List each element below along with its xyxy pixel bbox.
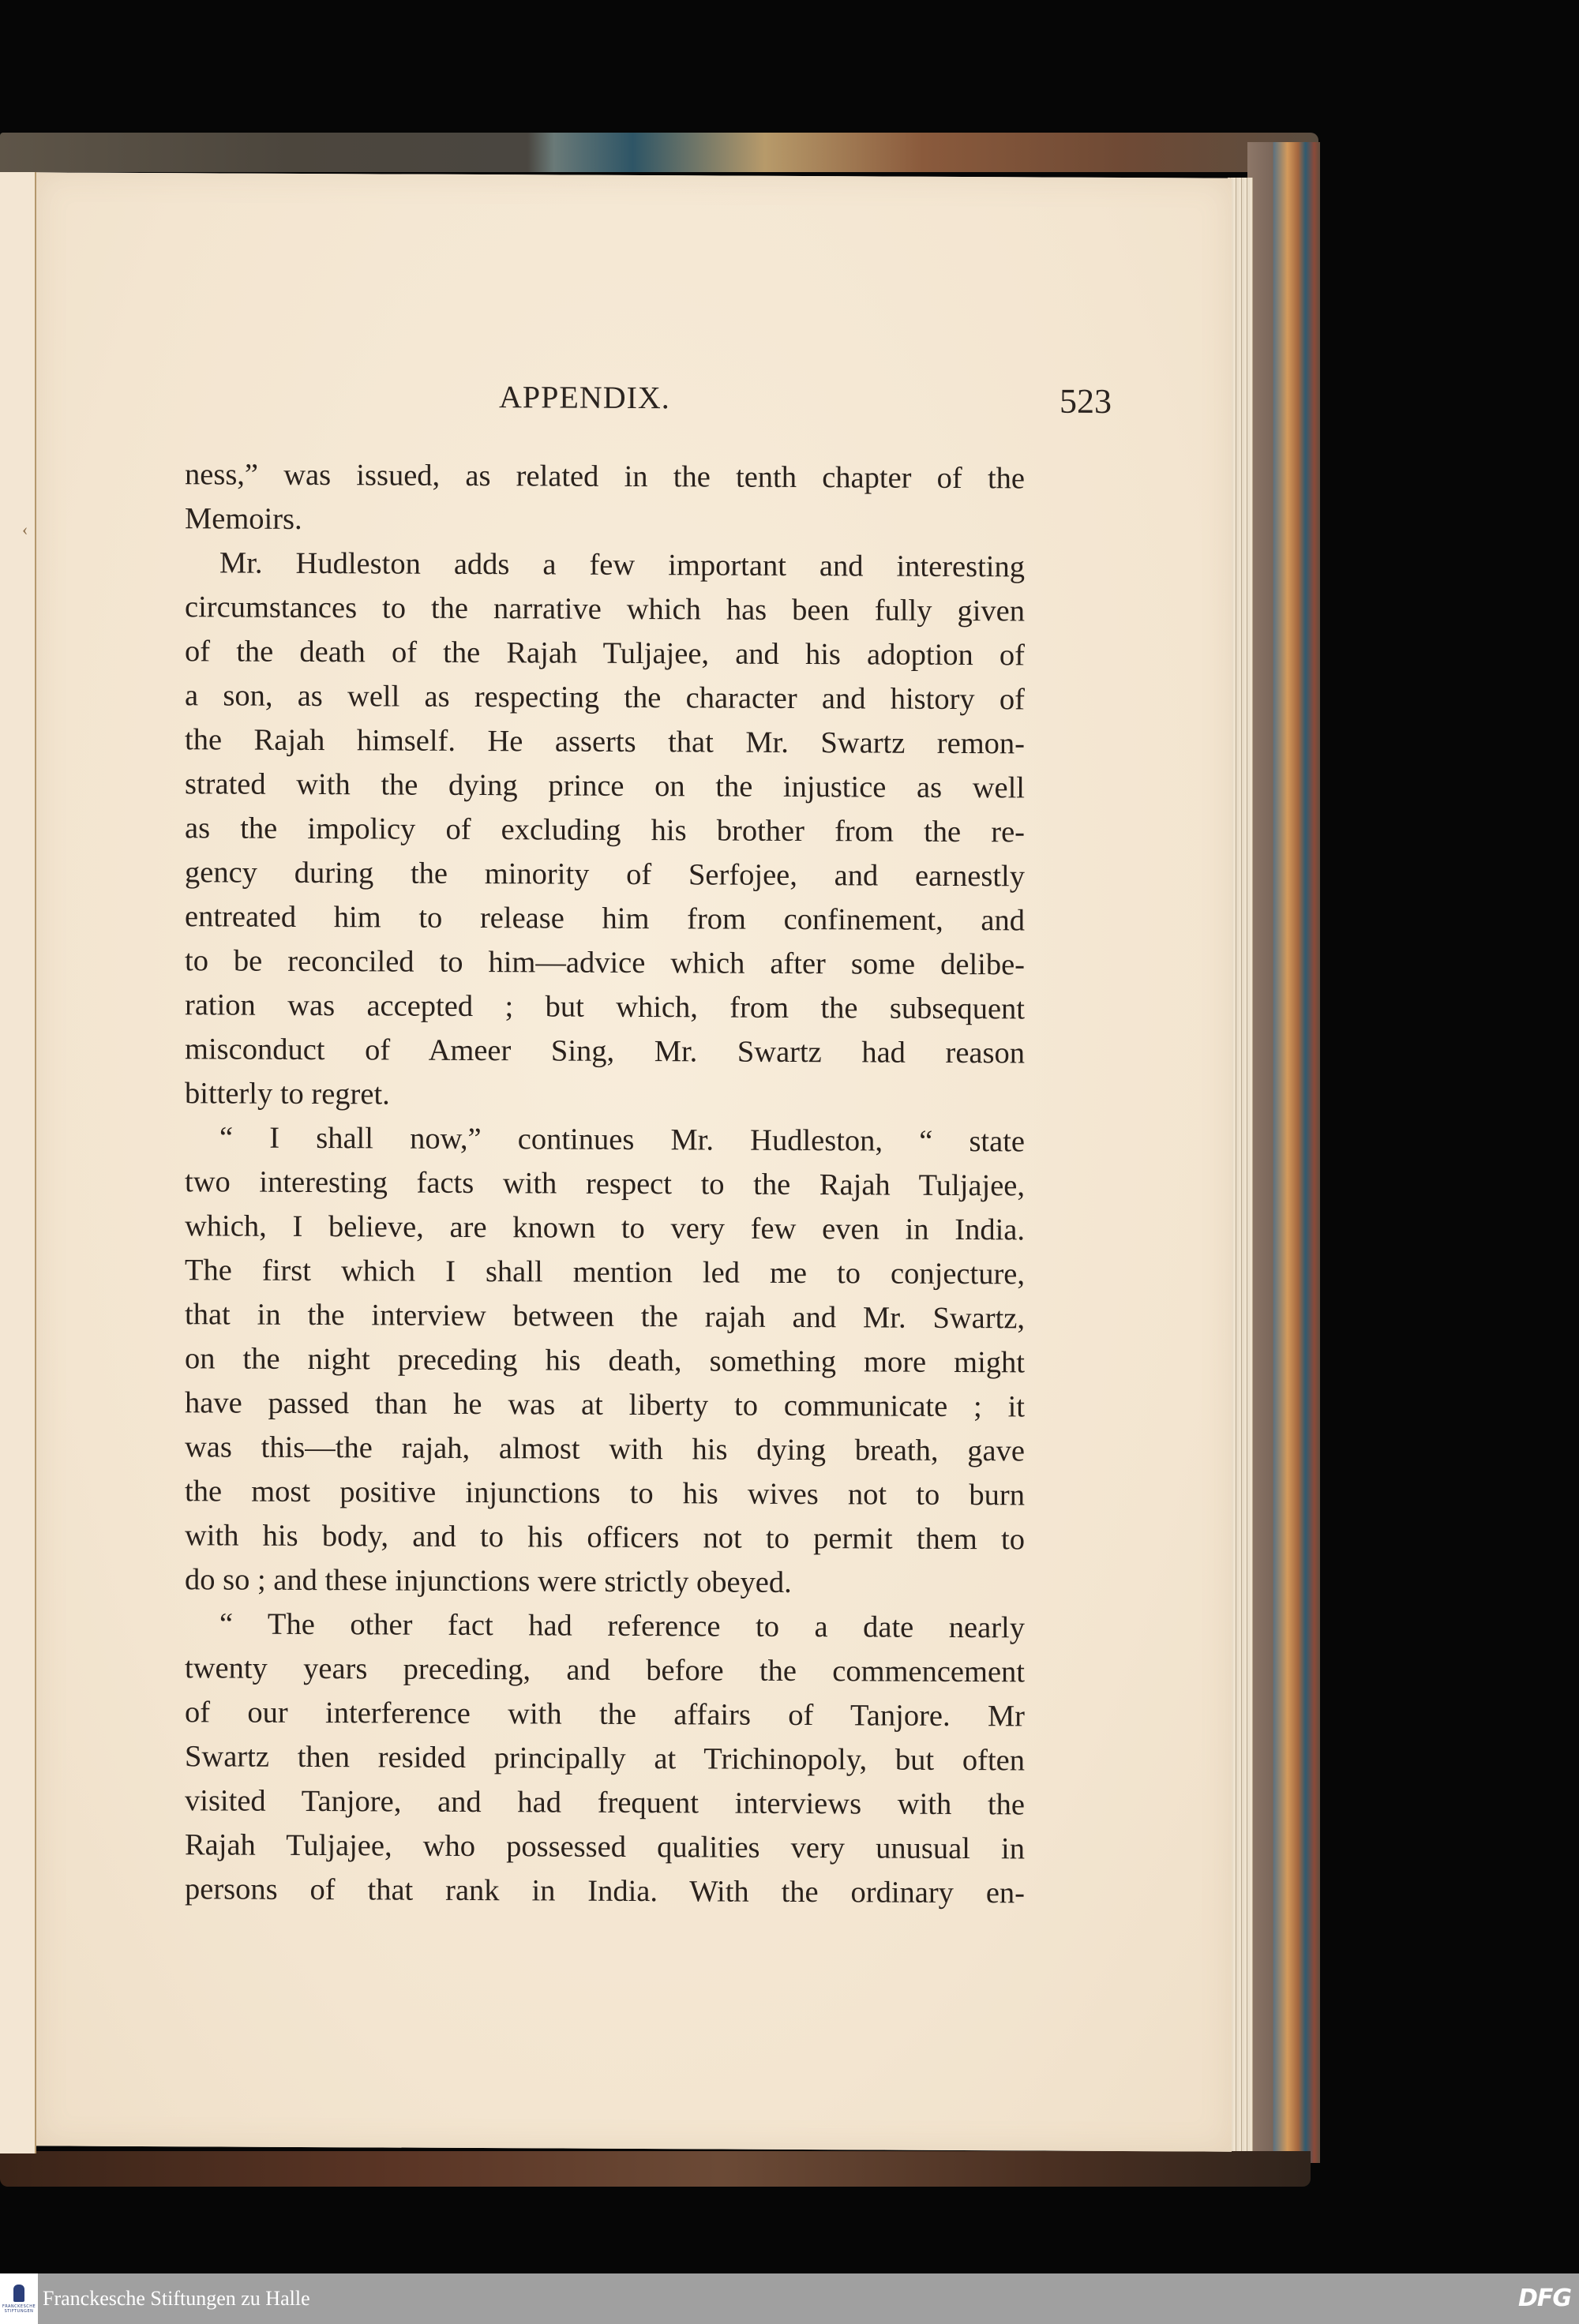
institution-logo[interactable]: FRANCKESCHE STIFTUNGEN	[0, 2273, 38, 2324]
logo-text-line2: STIFTUNGEN	[5, 2309, 34, 2314]
text-line: a son, as well as respecting the charact…	[185, 673, 1025, 722]
body-text: ness,” was issued, as related in the ten…	[185, 452, 1025, 1915]
facing-page-edge: ‹	[0, 172, 36, 2153]
text-line: Mr. Hudleston adds a few important and i…	[185, 541, 1025, 589]
text-line: of the death of the Rajah Tuljajee, and …	[185, 629, 1025, 677]
page-header: APPENDIX. 523	[36, 376, 1232, 429]
text-line: ness,” was issued, as related in the ten…	[185, 452, 1025, 500]
text-line: on the night preceding his death, someth…	[185, 1336, 1025, 1385]
book-cover-right-edge	[1247, 142, 1320, 2163]
text-line: do so ; and these injunctions were stric…	[185, 1557, 1025, 1606]
text-line: the Rajah himself. He asserts that Mr. S…	[185, 718, 1025, 766]
text-line: ration was accepted ; but which, from th…	[185, 983, 1025, 1031]
viewer-footer: FRANCKESCHE STIFTUNGEN Franckesche Stift…	[0, 2273, 1579, 2324]
text-line: bitterly to regret.	[185, 1071, 1025, 1119]
book-cover-top-edge	[0, 133, 1318, 172]
margin-mark-icon: ‹	[22, 519, 28, 540]
text-line: circumstances to the narrative which has…	[185, 585, 1025, 633]
text-line: the most positive injunctions to his wiv…	[185, 1469, 1025, 1517]
page-number: 523	[1060, 381, 1112, 422]
text-line: gency during the minority of Serfojee, a…	[185, 850, 1025, 898]
text-line: Memoirs.	[185, 497, 1025, 545]
text-line: visited Tanjore, and had frequent interv…	[185, 1779, 1025, 1827]
text-line: Rajah Tuljajee, who possessed qualities …	[185, 1823, 1025, 1871]
scan-background: ‹ APPENDIX. 523 ness,” was issued, as re…	[0, 0, 1579, 2273]
text-line: “ I shall now,” continues Mr. Hudleston,…	[185, 1115, 1025, 1164]
text-line: that in the interview between the rajah …	[185, 1292, 1025, 1340]
text-line: strated with the dying prince on the inj…	[185, 762, 1025, 810]
text-line: with his body, and to his officers not t…	[185, 1513, 1025, 1561]
text-line: two interesting facts with respect to th…	[185, 1160, 1025, 1208]
text-line: persons of that rank in India. With the …	[185, 1867, 1025, 1915]
book-page: APPENDIX. 523 ness,” was issued, as rela…	[36, 172, 1232, 2151]
text-line: which, I believe, are known to very few …	[185, 1204, 1025, 1252]
text-line: of our interference with the affairs of …	[185, 1690, 1025, 1738]
dfg-logo[interactable]: DFG	[1518, 2285, 1571, 2312]
text-line: to be reconciled to him—advice which aft…	[185, 939, 1025, 987]
text-line: misconduct of Ameer Sing, Mr. Swartz had…	[185, 1027, 1025, 1075]
text-line: was this—the rajah, almost with his dyin…	[185, 1425, 1025, 1473]
running-head: APPENDIX.	[499, 378, 670, 416]
text-line: entreated him to release him from confin…	[185, 894, 1025, 943]
text-line: “ The other fact had reference to a date…	[185, 1602, 1025, 1650]
text-line: twenty years preceding, and before the c…	[185, 1646, 1025, 1694]
logo-figure-icon	[13, 2285, 24, 2302]
text-line: have passed than he was at liberty to co…	[185, 1381, 1025, 1429]
text-line: Swartz then resided principally at Trich…	[185, 1734, 1025, 1782]
logo-text: FRANCKESCHE STIFTUNGEN	[2, 2304, 36, 2314]
text-line: The first which I shall mention led me t…	[185, 1248, 1025, 1296]
institution-name[interactable]: Franckesche Stiftungen zu Halle	[43, 2287, 310, 2311]
book-cover-bottom-edge	[0, 2151, 1311, 2187]
text-line: as the impolicy of excluding his brother…	[185, 806, 1025, 854]
